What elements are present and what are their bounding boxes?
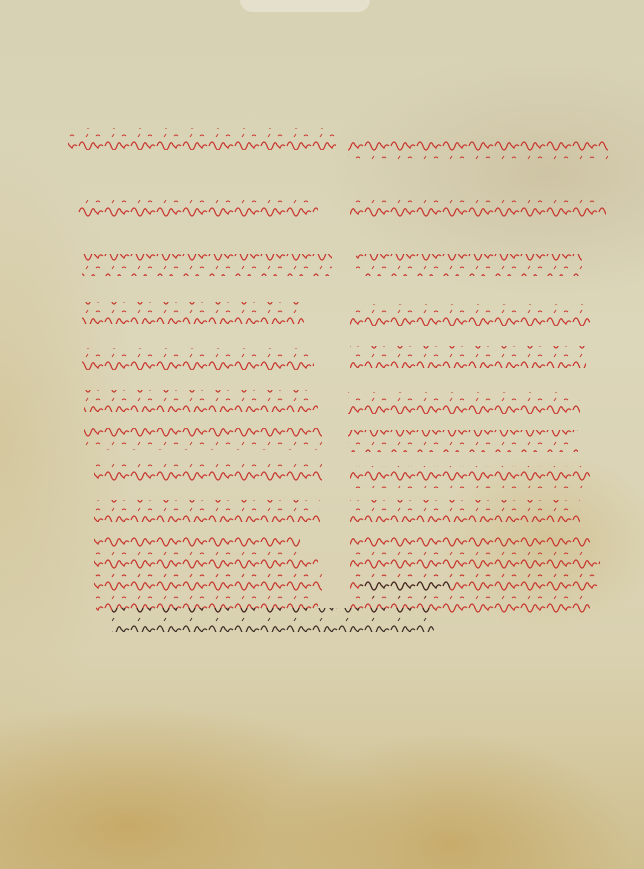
manuscript-page (0, 0, 644, 869)
manuscript-text-layer (0, 0, 644, 869)
left-column (68, 128, 336, 618)
right-column (348, 140, 608, 618)
